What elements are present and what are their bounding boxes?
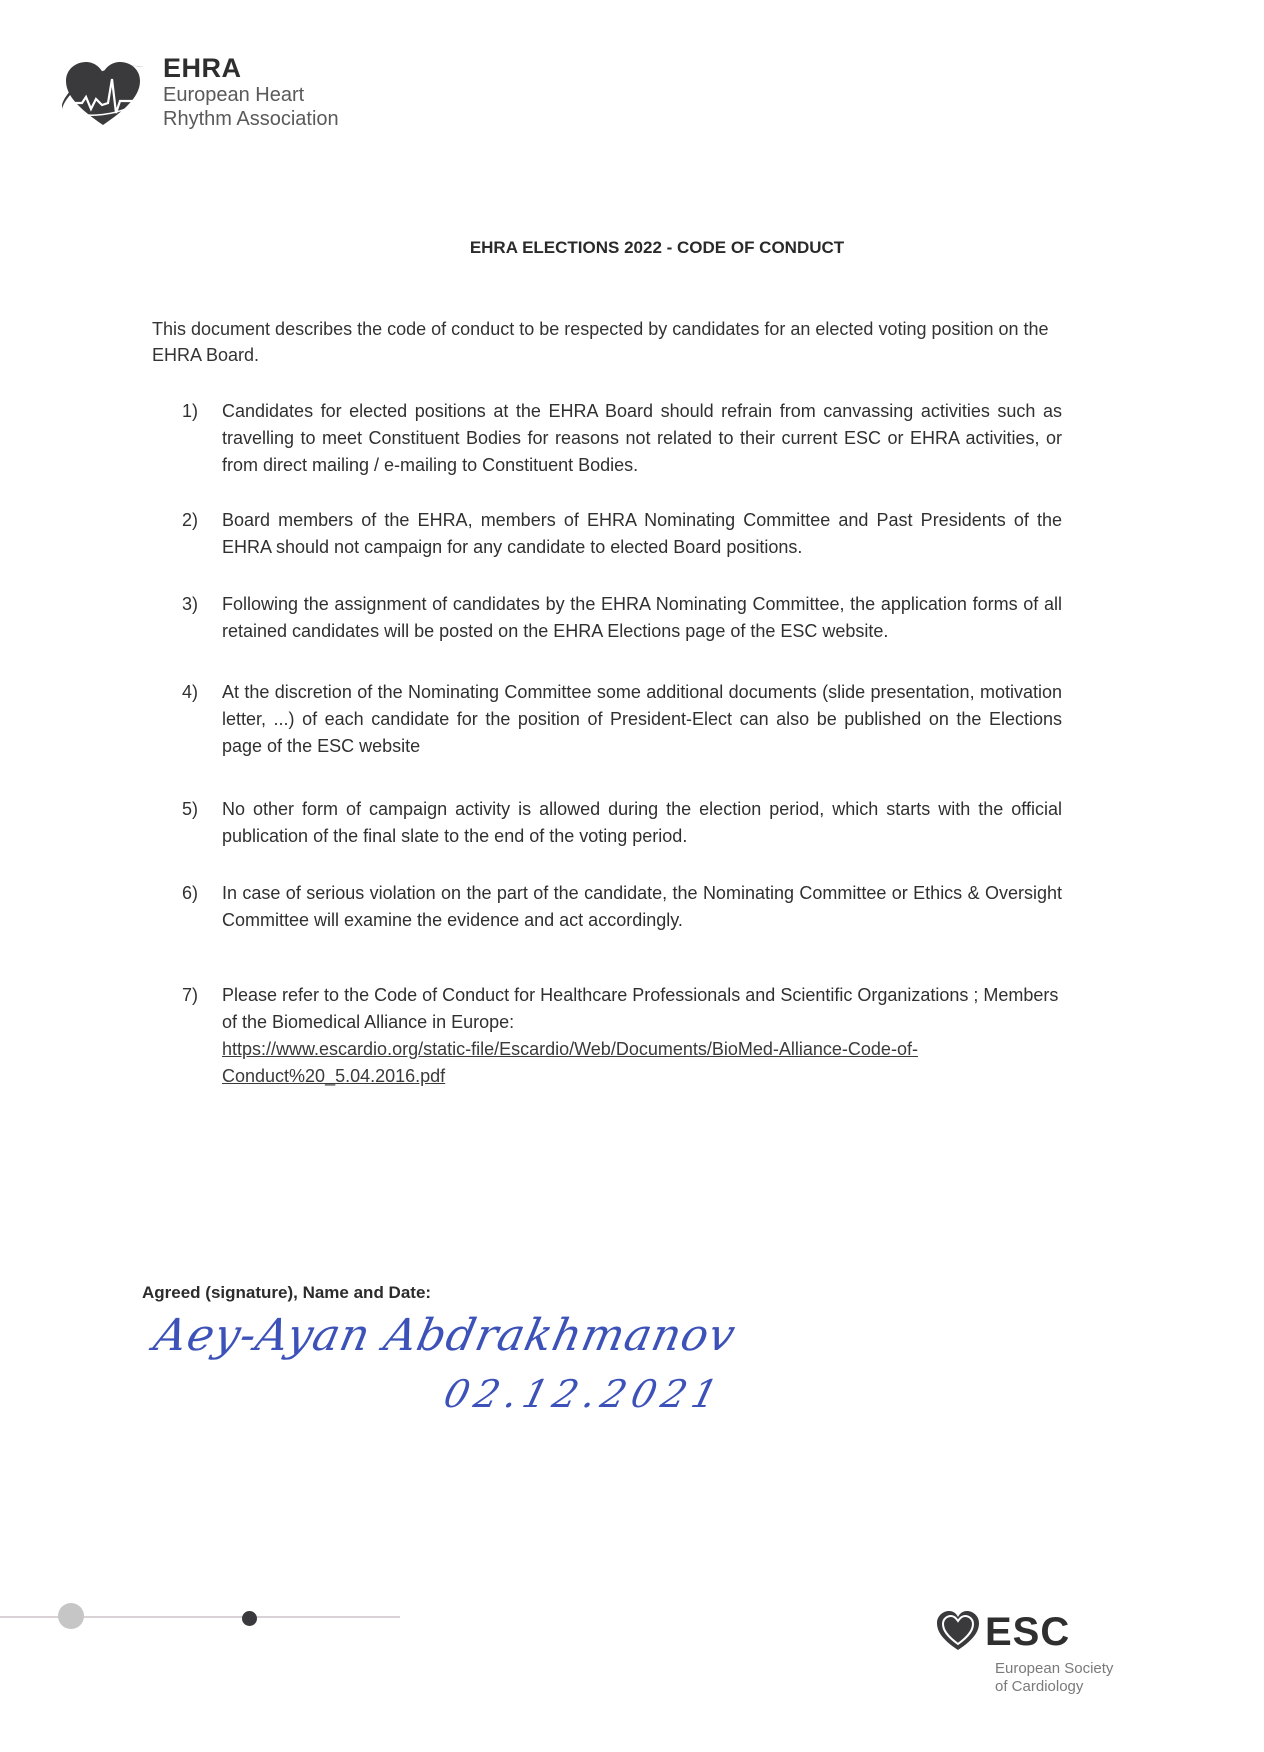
item-number: 2) bbox=[182, 507, 198, 534]
code-of-conduct-list: 1) Candidates for elected positions at t… bbox=[182, 398, 1062, 1090]
item-number: 1) bbox=[182, 398, 198, 425]
item-number: 5) bbox=[182, 796, 198, 823]
list-item: 1) Candidates for elected positions at t… bbox=[182, 398, 1062, 479]
document-title: EHRA ELECTIONS 2022 - CODE OF CONDUCT bbox=[0, 238, 1264, 258]
item-text: Please refer to the Code of Conduct for … bbox=[222, 985, 1058, 1032]
list-item: 3) Following the assignment of candidate… bbox=[182, 591, 1062, 645]
item-number: 6) bbox=[182, 880, 198, 907]
decorative-dot-grey bbox=[58, 1603, 84, 1629]
item-number: 4) bbox=[182, 679, 198, 706]
biomed-alliance-code-link[interactable]: https://www.escardio.org/static-file/Esc… bbox=[222, 1039, 918, 1086]
esc-logo: ESC European Society of Cardiology bbox=[935, 1608, 1135, 1708]
esc-heart-logo-icon bbox=[935, 1608, 981, 1654]
item-number: 7) bbox=[182, 982, 198, 1009]
esc-name: European Society of Cardiology bbox=[995, 1660, 1113, 1696]
ehra-logo: EHRA European Heart Rhythm Association bbox=[58, 45, 378, 135]
signature-label: Agreed (signature), Name and Date: bbox=[142, 1283, 431, 1303]
ehra-name-line2: Rhythm Association bbox=[163, 107, 339, 131]
item-text: Candidates for elected positions at the … bbox=[222, 401, 1062, 475]
item-text: No other form of campaign activity is al… bbox=[222, 799, 1062, 846]
esc-name-line2: of Cardiology bbox=[995, 1678, 1113, 1696]
ehra-abbreviation: EHRA bbox=[163, 53, 339, 83]
list-item: 4) At the discretion of the Nominating C… bbox=[182, 679, 1062, 760]
esc-name-line1: European Society bbox=[995, 1660, 1113, 1678]
heart-rhythm-logo-icon bbox=[58, 53, 148, 133]
list-item: 6) In case of serious violation on the p… bbox=[182, 880, 1062, 934]
item-text: Following the assignment of candidates b… bbox=[222, 594, 1062, 641]
handwritten-date: 02.12.2021 bbox=[440, 1372, 729, 1416]
item-text: At the discretion of the Nominating Comm… bbox=[222, 682, 1062, 756]
item-number: 3) bbox=[182, 591, 198, 618]
decorative-dot-dark bbox=[242, 1611, 257, 1626]
esc-abbreviation: ESC bbox=[985, 1610, 1070, 1654]
ehra-name-line1: European Heart bbox=[163, 83, 339, 107]
list-item: 5) No other form of campaign activity is… bbox=[182, 796, 1062, 850]
item-text: Board members of the EHRA, members of EH… bbox=[222, 510, 1062, 557]
list-item: 2) Board members of the EHRA, members of… bbox=[182, 507, 1062, 561]
handwritten-signature: Aey-Ayan Abdrakhmanov bbox=[150, 1310, 741, 1361]
item-text: In case of serious violation on the part… bbox=[222, 883, 1062, 930]
list-item: 7) Please refer to the Code of Conduct f… bbox=[182, 982, 1062, 1090]
intro-paragraph: This document describes the code of cond… bbox=[152, 316, 1062, 368]
